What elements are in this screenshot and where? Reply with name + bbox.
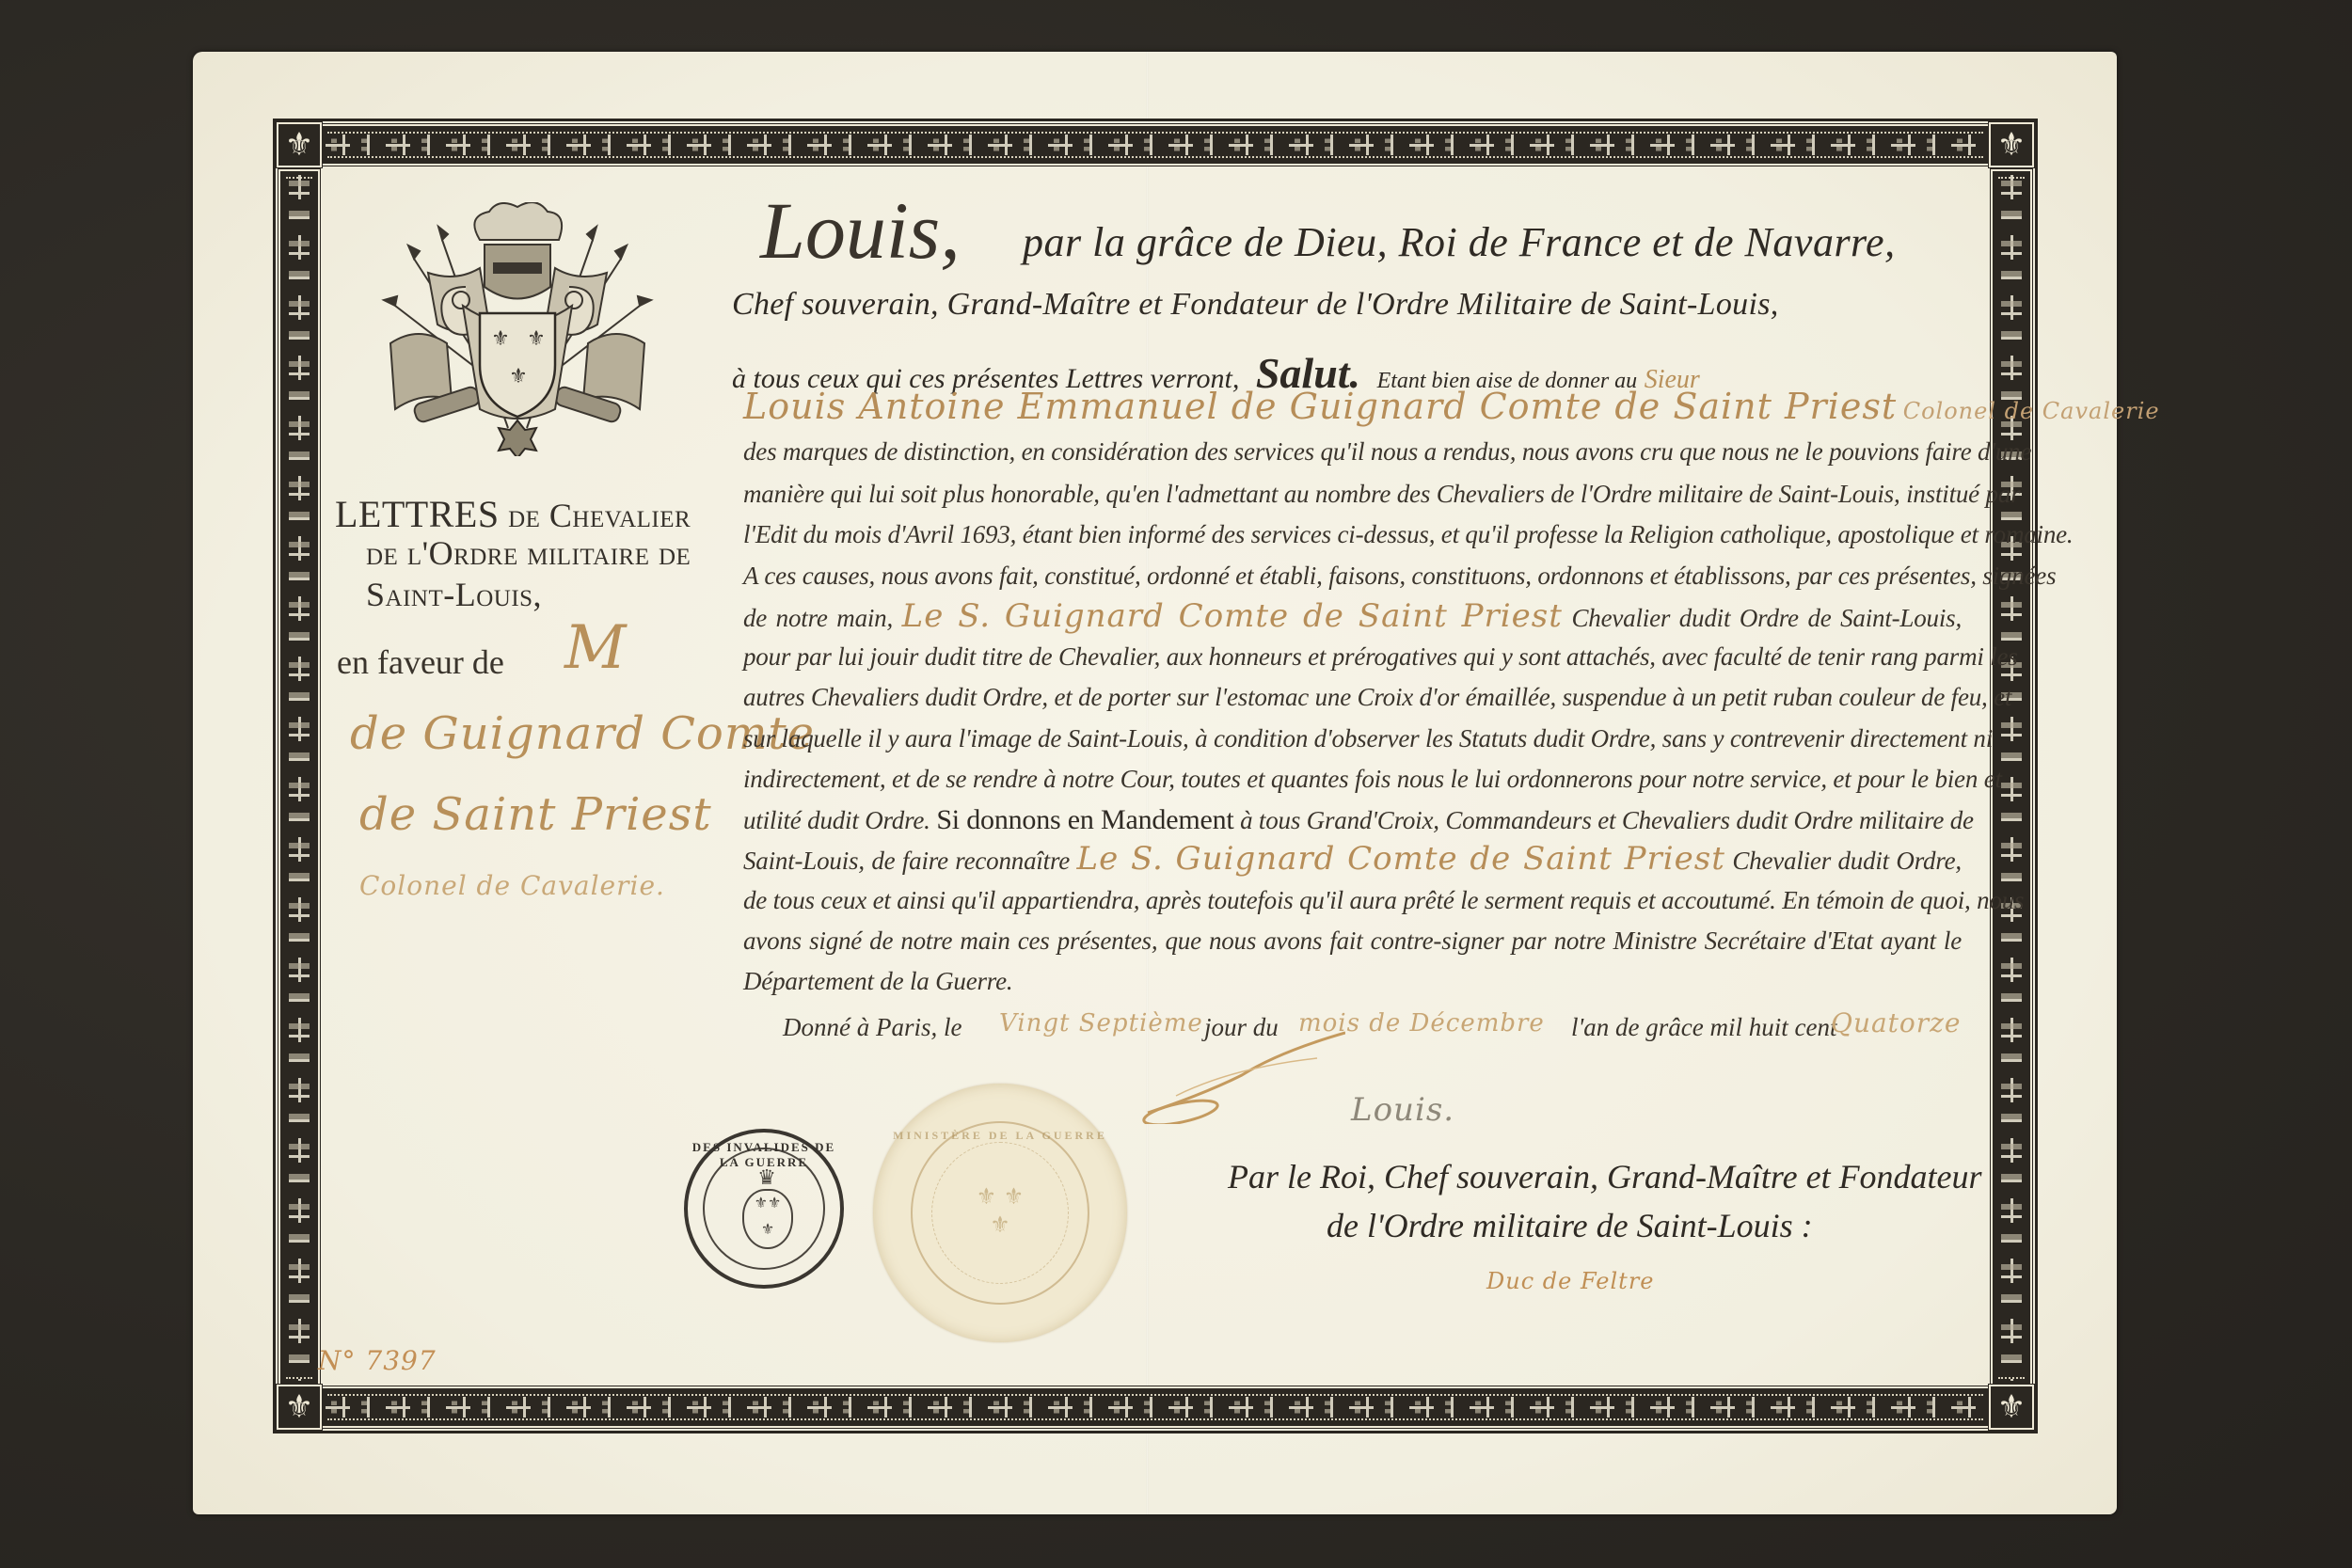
given-at-label: Donné à Paris, le bbox=[783, 1013, 961, 1042]
recipient-initial: M bbox=[564, 613, 628, 683]
body-line-appointment: de notre main, Le S. Guignard Comte de S… bbox=[743, 597, 1962, 635]
recipient-title-line: de Saint Priest bbox=[359, 788, 712, 841]
en-faveur-de-label: en faveur de bbox=[337, 642, 504, 682]
body-line: manière qui lui soit plus honorable, qu'… bbox=[743, 480, 1962, 509]
recipient-rank: Colonel de Cavalerie bbox=[1903, 398, 2160, 424]
body-line-reconnaitre: Saint-Louis, de faire reconnaître Le S. … bbox=[743, 840, 1962, 878]
svg-text:⚜: ⚜ bbox=[491, 327, 510, 351]
recipient-short-name: Le S. Guignard Comte de Saint Priest bbox=[902, 597, 1563, 635]
heading-line-2: Chef souverain, Grand-Maître et Fondateu… bbox=[732, 287, 1779, 323]
body-line: sur laquelle il y aura l'image de Saint-… bbox=[743, 724, 1962, 753]
body-line: pour par lui jouir dudit titre de Cheval… bbox=[743, 642, 1962, 672]
fleur-de-lis-icon: ⚜ bbox=[1989, 122, 2034, 167]
title-saint-louis: Saint-Louis, bbox=[366, 575, 542, 614]
fleur-de-lis-icon: ⚜ ⚜⚜ bbox=[873, 1182, 1127, 1239]
fleur-de-lis-icon: ⚜ bbox=[277, 1385, 322, 1430]
border-top-band bbox=[320, 124, 1991, 166]
border-bottom-band bbox=[320, 1386, 1991, 1428]
title-lettres: LETTRES bbox=[335, 493, 500, 535]
svg-text:⚜: ⚜ bbox=[527, 327, 546, 351]
body-line: autres Chevaliers dudit Ordre, et de por… bbox=[743, 683, 1962, 712]
ministry-dry-seal: MINISTÈRE DE LA GUERRE ⚜ ⚜⚜ bbox=[873, 1084, 1127, 1342]
recipient-short-name: Le S. Guignard Comte de Saint Priest bbox=[1077, 840, 1725, 878]
body-line: de tous ceux et ainsi qu'il appartiendra… bbox=[743, 886, 1962, 915]
fleur-de-lis-icon: ⚜ bbox=[1989, 1385, 2034, 1430]
recipient-rank-line: Colonel de Cavalerie. bbox=[359, 870, 665, 901]
recipient-full-name: Louis Antoine Emmanuel de Guignard Comte… bbox=[743, 386, 1897, 427]
countersign-line-1: Par le Roi, Chef souverain, Grand-Maître… bbox=[1228, 1157, 1982, 1196]
fleur-de-lis-shield-icon: ⚜⚜⚜ bbox=[742, 1189, 793, 1249]
register-number: N° 7397 bbox=[318, 1345, 437, 1376]
paraph-flourish-icon bbox=[1138, 1030, 1345, 1124]
countersign-line-2: de l'Ordre militaire de Saint-Louis : bbox=[1327, 1206, 1813, 1245]
crown-icon: ♛ bbox=[746, 1166, 787, 1189]
title-de-chevalier: de Chevalier bbox=[508, 497, 691, 534]
invalides-ink-stamp: DES INVALIDES DE LA GUERRE ♛ ⚜⚜⚜ bbox=[684, 1129, 844, 1289]
heading-line-1: par la grâce de Dieu, Roi de France et d… bbox=[1023, 218, 1896, 266]
body-line: A ces causes, nous avons fait, constitué… bbox=[743, 562, 1962, 591]
fleur-de-lis-icon: ⚜ bbox=[277, 122, 322, 167]
minister-signature: Duc de Feltre bbox=[1486, 1268, 1655, 1294]
date-year: Quatorze bbox=[1831, 1007, 1962, 1038]
body-line-mandement: utilité dudit Ordre. Si donnons en Mande… bbox=[743, 804, 1962, 836]
svg-text:⚜: ⚜ bbox=[509, 365, 528, 388]
year-label: l'an de grâce mil huit cent bbox=[1571, 1013, 1836, 1042]
body-line: avons signé de notre main ces présentes,… bbox=[743, 927, 1962, 956]
body-line: l'Edit du mois d'Avril 1693, étant bien … bbox=[743, 520, 1962, 549]
border-left-band bbox=[278, 169, 320, 1386]
royal-coat-of-arms-icon: ⚜ ⚜ ⚜ bbox=[376, 202, 659, 456]
king-name: Louis, bbox=[760, 183, 961, 277]
recipient-full-name-line: Louis Antoine Emmanuel de Guignard Comte… bbox=[743, 386, 1962, 427]
king-signature: Louis. bbox=[1351, 1091, 1454, 1129]
body-line: des marques de distinction, en considéra… bbox=[743, 437, 1962, 467]
body-line: Département de la Guerre. bbox=[743, 967, 1962, 996]
title-ordre: de l'Ordre militaire de bbox=[366, 533, 691, 573]
body-line: indirectement, et de se rendre à notre C… bbox=[743, 765, 1962, 794]
